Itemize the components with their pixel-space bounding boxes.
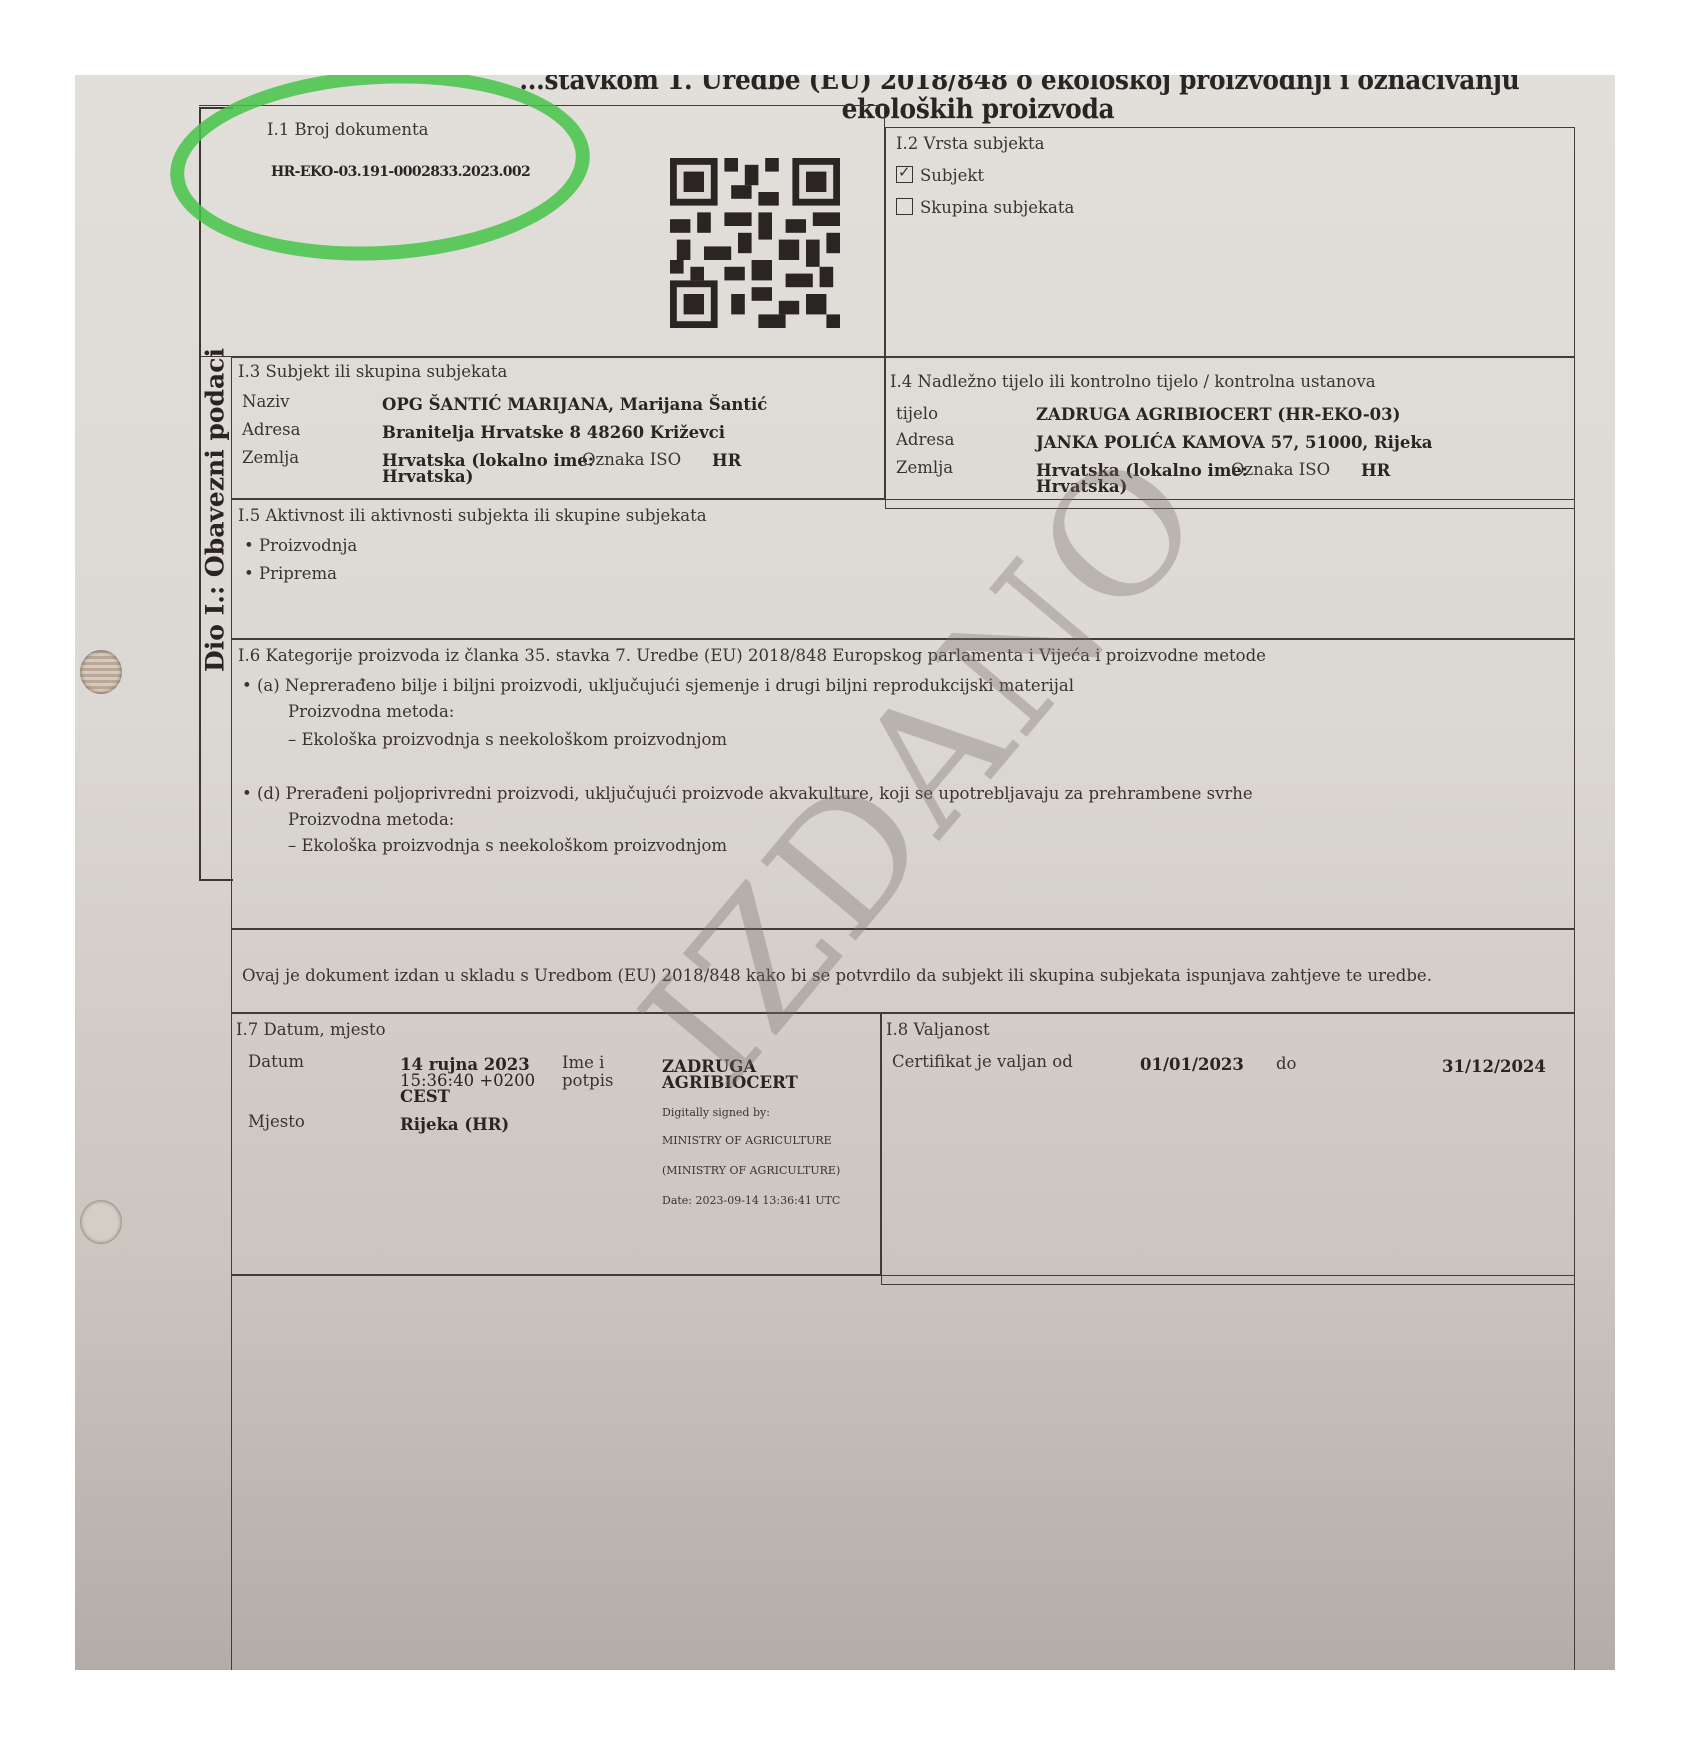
method-value: – Ekološka proizvodnja s neekološkom pro…	[288, 836, 727, 855]
method-label: Proizvodna metoda:	[288, 702, 454, 721]
ime-label: Ime i	[562, 1054, 604, 1072]
subject-iso: HR	[712, 452, 741, 469]
checkbox-checked-icon[interactable]	[896, 166, 913, 183]
method-label: Proizvodna metoda:	[288, 810, 454, 829]
section-i3: I.3 Subjekt ili skupina subjekata Naziv …	[231, 357, 885, 499]
activity-item: • Priprema	[244, 564, 337, 583]
section-i8: I.8 Valjanost Certifikat je valjan od 01…	[881, 1013, 1575, 1285]
valid-to-label: do	[1276, 1054, 1297, 1073]
i8-label: I.8 Valjanost	[886, 1020, 990, 1039]
option-label: Skupina subjekata	[920, 198, 1074, 217]
section-i2: I.2 Vrsta subjekta Subjekt Skupina subje…	[885, 127, 1575, 357]
category-d: • (d) Prerađeni poljoprivredni proizvodi…	[242, 784, 1253, 803]
adresa-label: Adresa	[896, 430, 954, 449]
i4-label: I.4 Nadležno tijelo ili kontrolno tijelo…	[890, 372, 1376, 391]
document-photo: ...stavkom 1. Uredbe (EU) 2018/848 o eko…	[75, 75, 1615, 1670]
i3-label: I.3 Subjekt ili skupina subjekata	[238, 362, 507, 381]
signature-line: (MINISTRY OF AGRICULTURE)	[662, 1162, 840, 1179]
empty-section	[231, 1275, 1575, 1670]
activity-item: • Proizvodnja	[244, 536, 357, 555]
punch-hole-icon	[80, 650, 122, 694]
iso-label: Oznaka ISO	[1231, 460, 1330, 479]
i2-label: I.2 Vrsta subjekta	[896, 134, 1045, 153]
valid-from: 01/01/2023	[1140, 1056, 1244, 1073]
signature-date: Date: 2023-09-14 13:36:41 UTC	[662, 1192, 840, 1209]
tijelo-label: tijelo	[896, 404, 938, 423]
subject-address: Branitelja Hrvatske 8 48260 Križevci	[382, 424, 725, 441]
valid-label: Certifikat je valjan od	[892, 1052, 1073, 1071]
potpis-label: potpis	[562, 1072, 613, 1090]
issue-place: Rijeka (HR)	[400, 1116, 509, 1133]
valid-to: 31/12/2024	[1442, 1058, 1546, 1075]
adresa-label: Adresa	[242, 420, 300, 439]
zemlja-label: Zemlja	[896, 458, 953, 477]
checkbox-skupina[interactable]: Skupina subjekata	[896, 198, 1074, 217]
section-i4: I.4 Nadležno tijelo ili kontrolno tijelo…	[885, 357, 1575, 509]
title-line-1: ...stavkom 1. Uredbe (EU) 2018/848 o eko…	[495, 75, 1544, 95]
section-i5: I.5 Aktivnost ili aktivnosti subjekta il…	[231, 499, 1575, 639]
checkbox-unchecked-icon[interactable]	[896, 198, 913, 215]
signature-line: MINISTRY OF AGRICULTURE	[662, 1132, 832, 1149]
iso-label: Oznaka ISO	[582, 450, 681, 469]
qr-code-icon	[670, 153, 840, 333]
mjesto-label: Mjesto	[248, 1112, 305, 1131]
method-value: – Ekološka proizvodnja s neekološkom pro…	[288, 730, 727, 749]
side-label-text: Dio I.: Obavezni podaci	[201, 348, 230, 672]
datum-label: Datum	[248, 1052, 304, 1071]
issue-tz: CEST	[400, 1088, 450, 1105]
naziv-label: Naziv	[242, 392, 290, 411]
subject-country-line2: Hrvatska)	[382, 468, 473, 485]
zemlja-label: Zemlja	[242, 448, 299, 467]
option-label: Subjekt	[920, 166, 984, 185]
i7-label: I.7 Datum, mjesto	[236, 1020, 386, 1039]
checkbox-subjekt[interactable]: Subjekt	[896, 166, 984, 185]
i5-label: I.5 Aktivnost ili aktivnosti subjekta il…	[238, 506, 707, 525]
control-body-iso: HR	[1361, 462, 1390, 479]
subject-name: OPG ŠANTIĆ MARIJANA, Marijana Šantić	[382, 396, 767, 413]
punch-hole-icon	[80, 1200, 122, 1244]
